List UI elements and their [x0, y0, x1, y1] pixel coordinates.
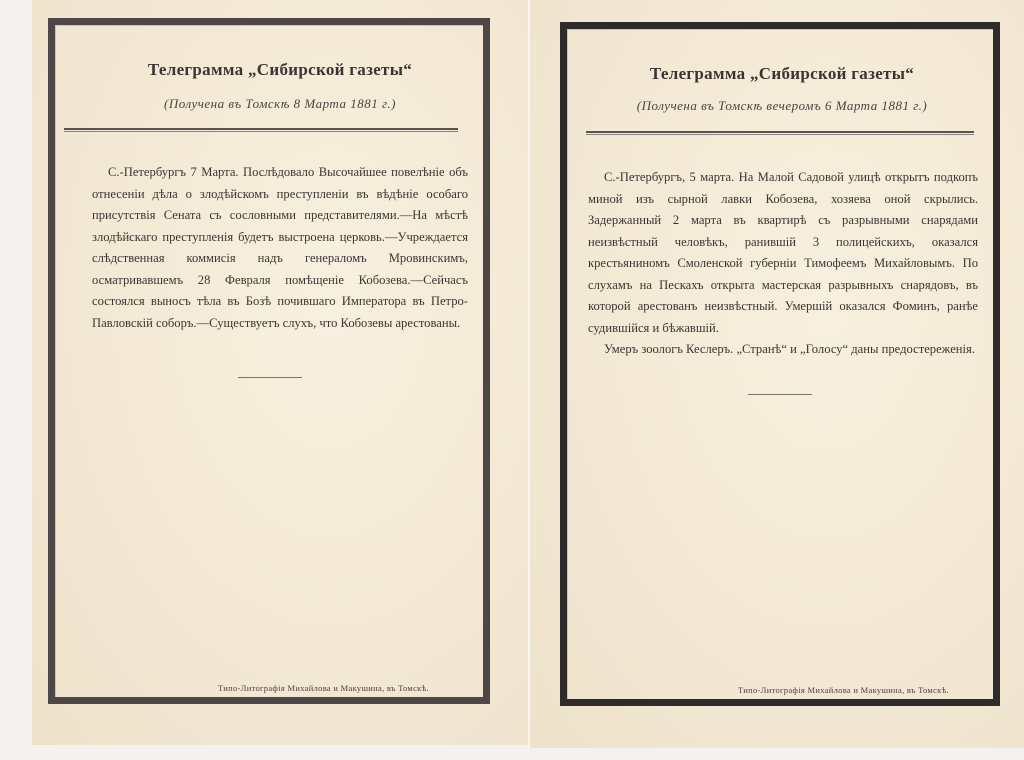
mourning-border-frame: [48, 18, 490, 704]
telegram-title: Телеграмма „Сибирской газеты“: [32, 60, 528, 80]
telegram-body: С.-Петербургъ, 5 марта. На Малой Садовой…: [588, 167, 978, 361]
telegram-paragraph: С.-Петербургъ, 5 марта. На Малой Садовой…: [588, 167, 978, 339]
telegram-sheet-right: Телеграмма „Сибирской газеты“ (Получена …: [530, 0, 1024, 748]
telegram-sheet-left: Телеграмма „Сибирской газеты“ (Получена …: [32, 0, 528, 745]
header-divider: [586, 131, 974, 133]
telegram-paragraph: Умеръ зоологъ Кеслеръ. „Странѣ“ и „Голос…: [588, 339, 978, 361]
end-divider: [748, 394, 812, 395]
mourning-border-frame: [560, 22, 1000, 706]
telegram-paragraph: С.-Петербургъ 7 Марта. Послѣдовало Высоч…: [92, 162, 468, 334]
telegram-body: С.-Петербургъ 7 Марта. Послѣдовало Высоч…: [92, 162, 468, 334]
printer-imprint: Типо-Литографія Михайлова и Макушина, въ…: [218, 683, 429, 693]
header-divider: [64, 128, 458, 130]
received-date-subtitle: (Получена въ Томскѣ вечеромъ 6 Марта 188…: [540, 98, 1024, 114]
received-date-subtitle: (Получена въ Томскѣ 8 Марта 1881 г.): [32, 96, 528, 112]
telegram-title: Телеграмма „Сибирской газеты“: [540, 64, 1024, 84]
end-divider: [238, 377, 302, 378]
printer-imprint: Типо-Литографія Михайлова и Макушина, въ…: [738, 685, 949, 695]
